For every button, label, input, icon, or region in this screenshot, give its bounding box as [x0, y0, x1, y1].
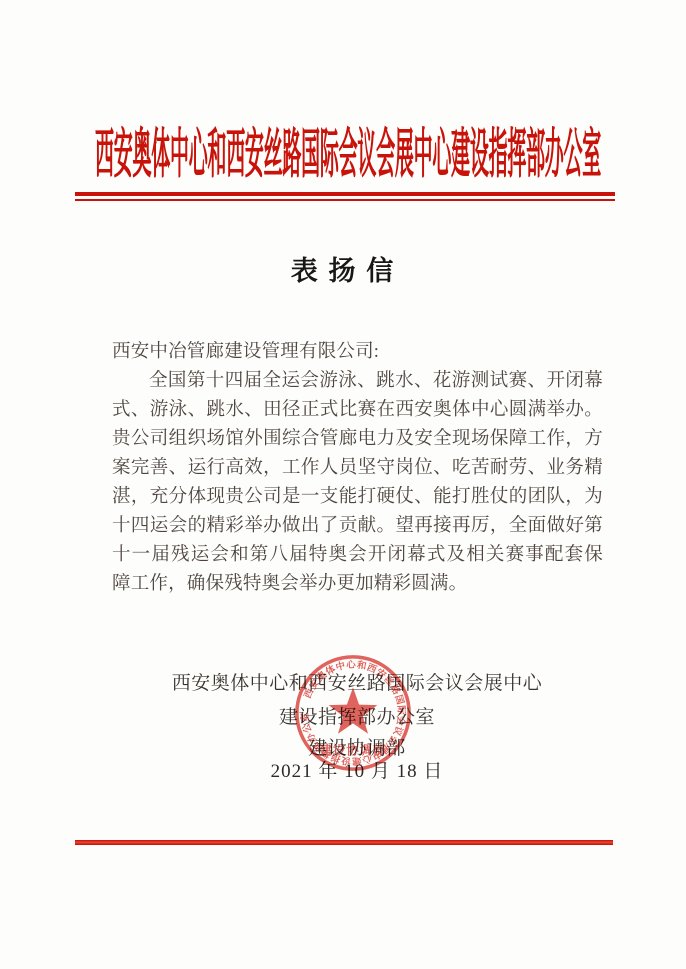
document-title: 表 扬 信 — [0, 249, 686, 288]
body-line-7: 十一届残运会和第八届特奥会开闭幕式及相关赛事配套保 — [112, 541, 603, 570]
body-line-1: 全国第十四届全运会游泳、跳水、花游测试赛、开闭幕 — [112, 367, 603, 396]
letterhead-rule-thick — [75, 192, 615, 196]
body-line-6: 十四运会的精彩举办做出了贡献。望再接再厉，全面做好第 — [112, 512, 603, 541]
body-line-2: 式、游泳、跳水、田径正式比赛在西安奥体中心圆满举办。 — [112, 396, 603, 425]
letterhead-rule-thin — [75, 199, 615, 201]
salutation: 西安中冶管廊建设管理有限公司: — [112, 338, 603, 367]
stamp-bottom-text: 建设协调部 — [319, 742, 386, 757]
stamp-star-icon — [329, 687, 378, 733]
letter-page: 西安奥体中心和西安丝路国际会议会展中心建设指挥部办公室 表 扬 信 西安中冶管廊… — [0, 0, 686, 969]
official-seal-icon: 西安奥体中心和西安丝路国际会议会展中心建设指挥部办公室 建设协调部 — [289, 649, 417, 777]
body-line-4: 案完善、运行高效，工作人员坚守岗位、吃苦耐劳、业务精 — [112, 454, 603, 483]
letterhead-org-title: 西安奥体中心和西安丝路国际会议会展中心建设指挥部办公室 — [95, 130, 601, 183]
footer-rule — [75, 840, 613, 845]
body-line-3: 贵公司组织场馆外围综合管廊电力及安全现场保障工作，方 — [112, 425, 603, 454]
letter-body: 西安中冶管廊建设管理有限公司: 全国第十四届全运会游泳、跳水、花游测试赛、开闭幕… — [112, 338, 603, 599]
body-line-5: 湛，充分体现贵公司是一支能打硬仗、能打胜仗的团队，为 — [112, 483, 603, 512]
body-line-8: 障工作，确保残特奥会举办更加精彩圆满。 — [112, 570, 603, 599]
